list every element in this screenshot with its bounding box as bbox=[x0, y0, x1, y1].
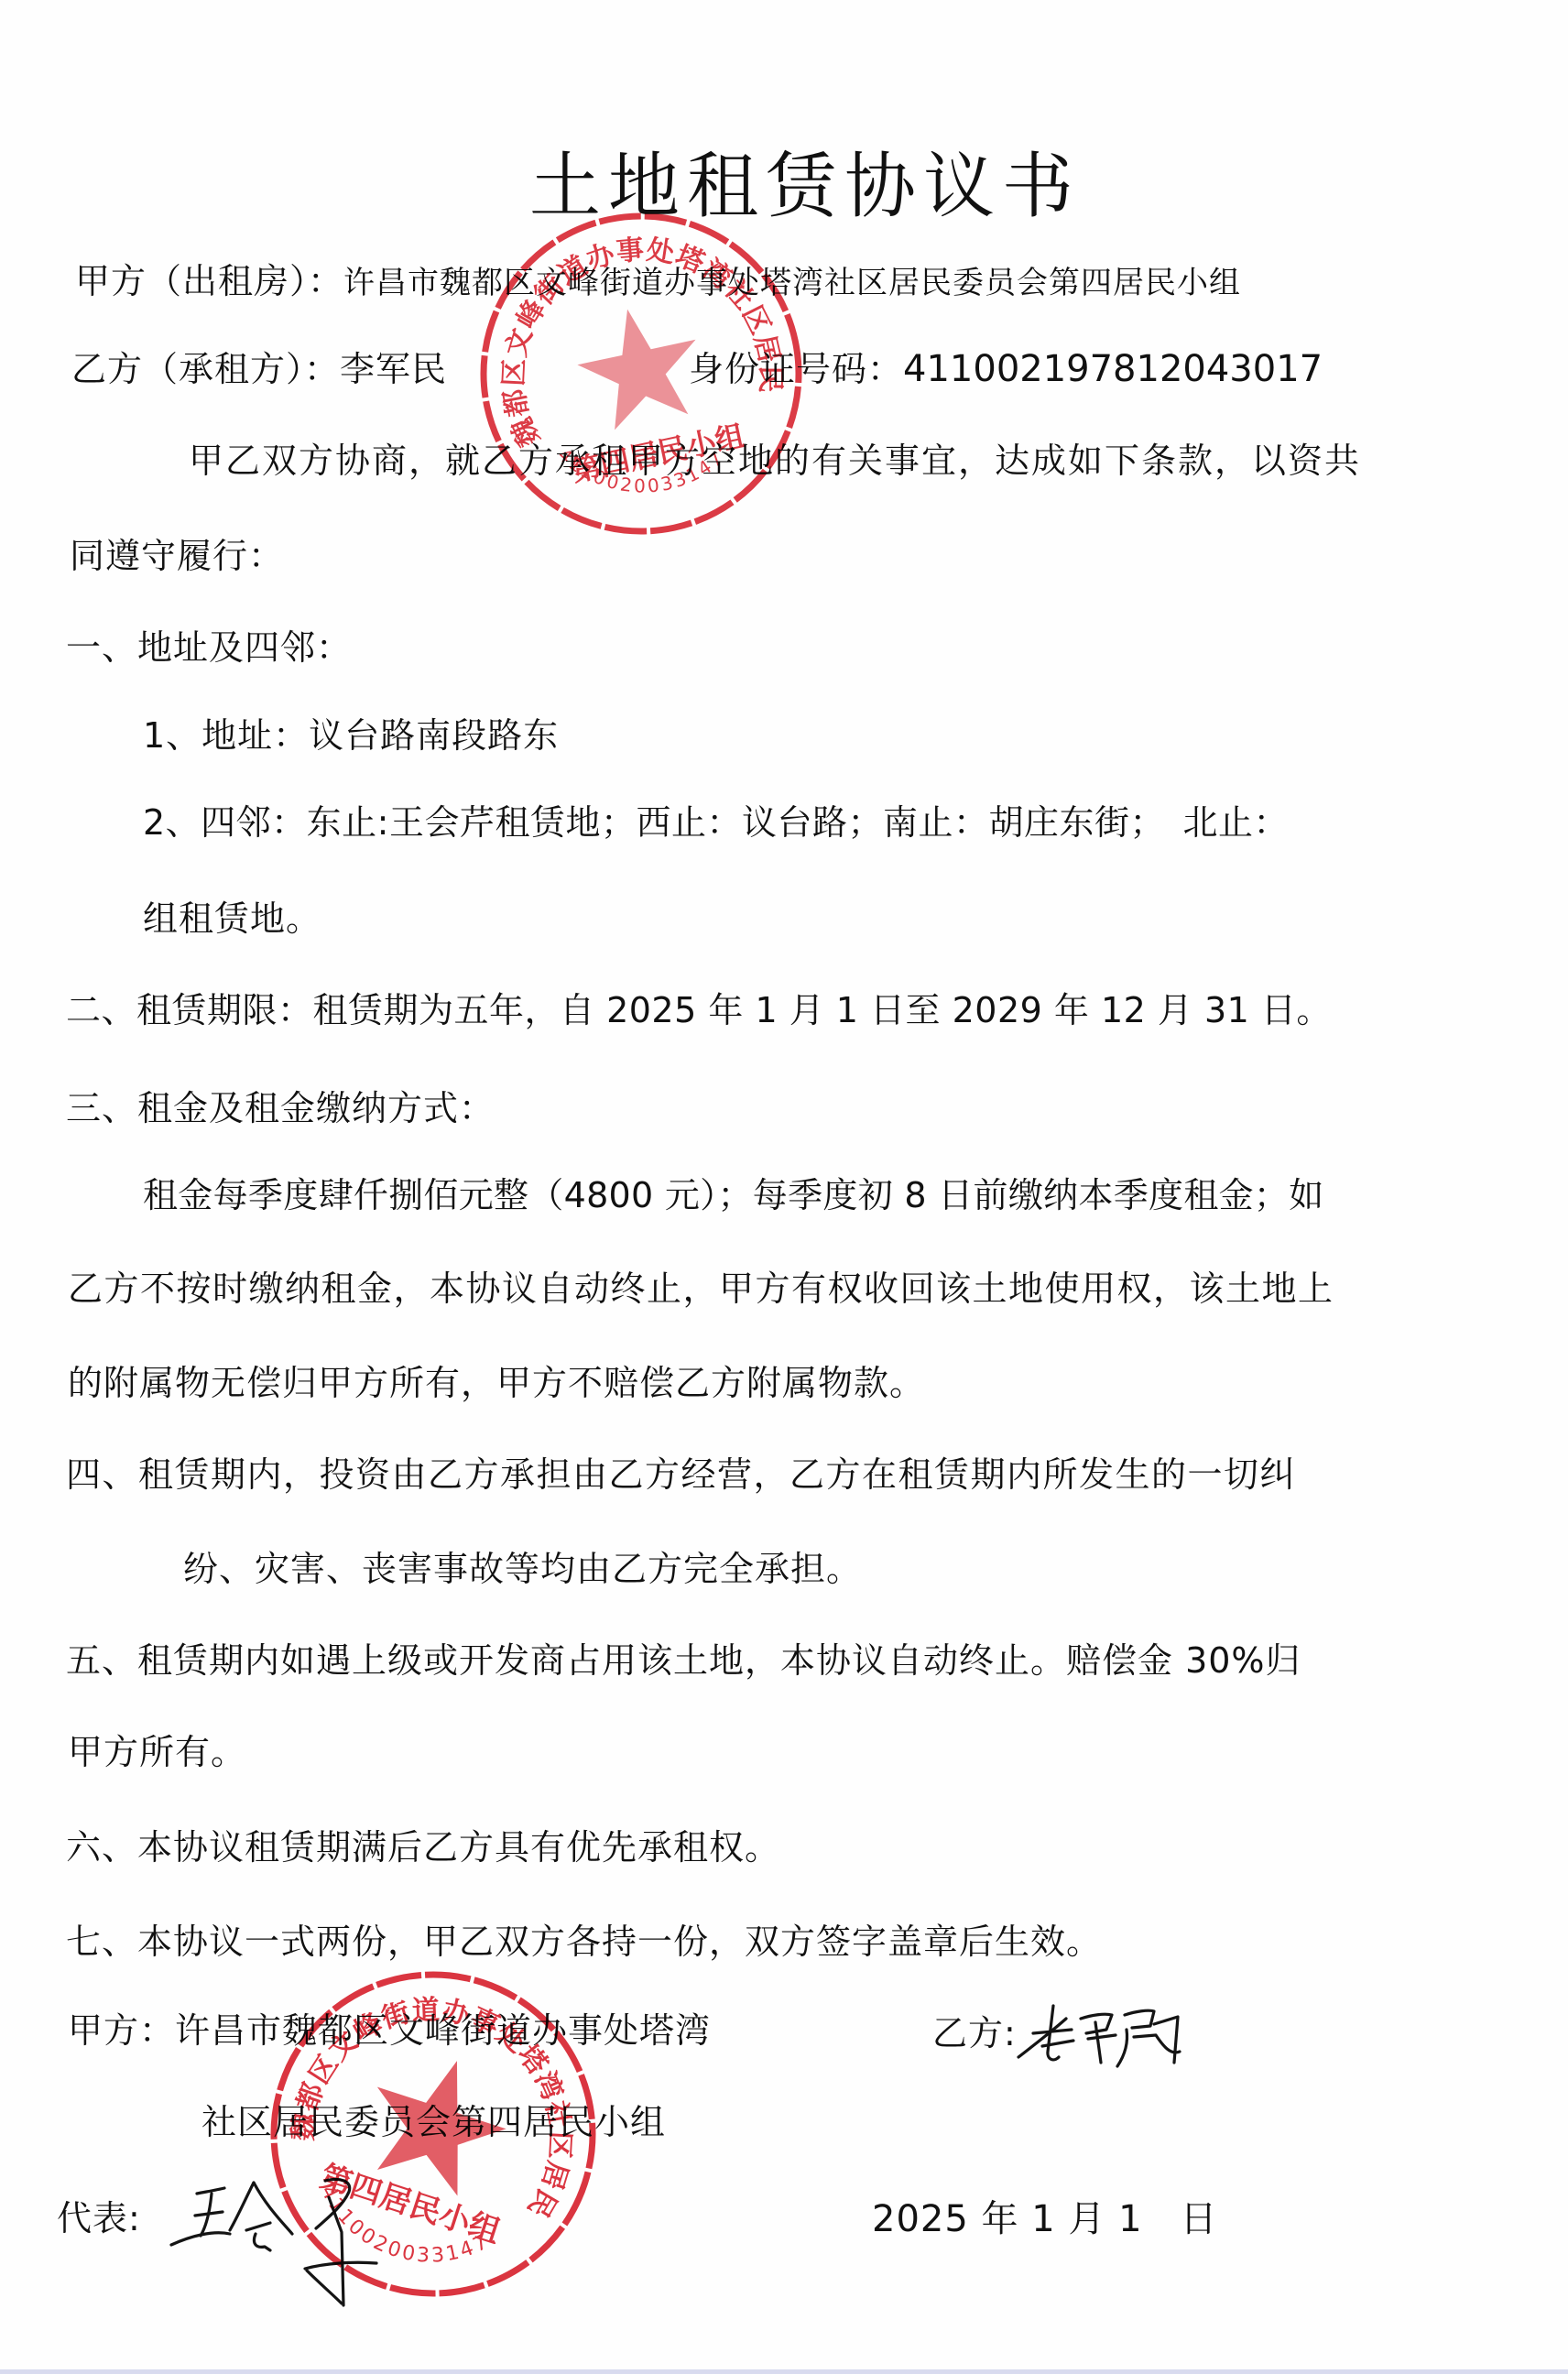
signature-party-b-label: 乙方: bbox=[932, 2011, 1017, 2055]
clause-1-address: 1、地址：议台路南段路东 bbox=[143, 713, 559, 757]
preamble-line-1: 甲乙双方协商，就乙方承租甲方空地的有关事宜，达成如下条款，以资共 bbox=[189, 439, 1361, 483]
clause-1-heading: 一、地址及四邻： bbox=[66, 626, 352, 670]
document-title: 土地租赁协议书 bbox=[529, 143, 1081, 231]
clause-4-line-2: 纷、灾害、丧害事故等均由乙方完全承担。 bbox=[183, 1547, 862, 1591]
clause-3-rent-line-2: 乙方不按时缴纳租金，本协议自动终止，甲方有权收回该土地使用权，该土地上 bbox=[68, 1267, 1334, 1311]
svg-text:4110020033147: 4110020033147 bbox=[303, 2177, 499, 2291]
representative-handwritten-signature bbox=[169, 2175, 380, 2313]
signature-party-a-line-2: 社区居民委员会第四居民小组 bbox=[201, 2100, 666, 2144]
preamble-line-2: 同遵守履行： bbox=[70, 534, 284, 578]
party-b-id-line: 身份证号码：411002197812043017 bbox=[689, 347, 1323, 391]
party-a-name: 许昌市魏都区文峰街道办事处塔湾社区居民委员会第四居民小组 bbox=[343, 265, 1241, 301]
clause-5-line-2: 甲方所有。 bbox=[68, 1730, 246, 1774]
page-bottom-edge bbox=[0, 2369, 1568, 2374]
signature-party-a-name-1: 许昌市魏都区文峰街道办事处塔湾 bbox=[175, 2010, 711, 2051]
clause-1-neighbors: 2、四邻：东止:王会芹租赁地；西止：议台路；南止：胡庄东街； 北止： bbox=[143, 800, 1289, 844]
signature-party-a-line-1: 甲方：许昌市魏都区文峰街道办事处塔湾 bbox=[68, 2009, 711, 2053]
clause-6: 六、本协议租赁期满后乙方具有优先承租权。 bbox=[66, 1825, 780, 1869]
party-b-handwritten-signature bbox=[1017, 1998, 1186, 2074]
clause-5-line-1: 五、租赁期内如遇上级或开发商占用该土地，本协议自动终止。赔偿金 30%归 bbox=[66, 1639, 1301, 1682]
party-a-line: 甲方（出租房）：许昌市魏都区文峰街道办事处塔湾社区居民委员会第四居民小组 bbox=[75, 259, 1241, 303]
representative-label: 代表: bbox=[57, 2196, 141, 2240]
signature-party-a-label: 甲方： bbox=[68, 2010, 175, 2051]
id-number: 411002197812043017 bbox=[903, 348, 1323, 390]
clause-3-rent-line-1: 租金每季度肆仟捌佰元整（4800 元）；每季度初 8 日前缴纳本季度租金；如 bbox=[143, 1173, 1324, 1217]
signing-date: 2025 年 1 月 1 日 bbox=[872, 2197, 1218, 2241]
clause-1-neighbors-cont: 组租赁地。 bbox=[143, 897, 321, 941]
party-b-line: 乙方（承租方）：李军民 bbox=[71, 347, 447, 391]
party-b-label: 乙方（承租方）： bbox=[71, 349, 340, 389]
id-label: 身份证号码： bbox=[689, 349, 903, 389]
svg-text:许昌市魏都区文峰街道办事处塔湾社区居民委员会: 许昌市魏都区文峰街道办事处塔湾社区居民委员会 bbox=[476, 209, 792, 460]
clause-3-heading: 三、租金及租金缴纳方式： bbox=[66, 1086, 495, 1130]
clause-4-line-1: 四、租赁期内，投资由乙方承担由乙方经营，乙方在租赁期内所发生的一切纠 bbox=[66, 1453, 1296, 1497]
clause-3-rent-line-3: 的附属物无偿归甲方所有，甲方不赔偿乙方附属物款。 bbox=[68, 1361, 925, 1405]
clause-7: 七、本协议一式两份，甲乙双方各持一份，双方签字盖章后生效。 bbox=[66, 1920, 1102, 1964]
party-a-label: 甲方（出租房）： bbox=[75, 261, 343, 301]
clause-2-term: 二、租赁期限：租赁期为五年，自 2025 年 1 月 1 日至 2029 年 1… bbox=[66, 988, 1332, 1032]
svg-text:第四居民小组: 第四居民小组 bbox=[316, 2158, 505, 2250]
document-page: 土地租赁协议书 甲方（出租房）：许昌市魏都区文峰街道办事处塔湾社区居民委员会第四… bbox=[0, 0, 1568, 2374]
party-b-name: 李军民 bbox=[340, 349, 447, 389]
